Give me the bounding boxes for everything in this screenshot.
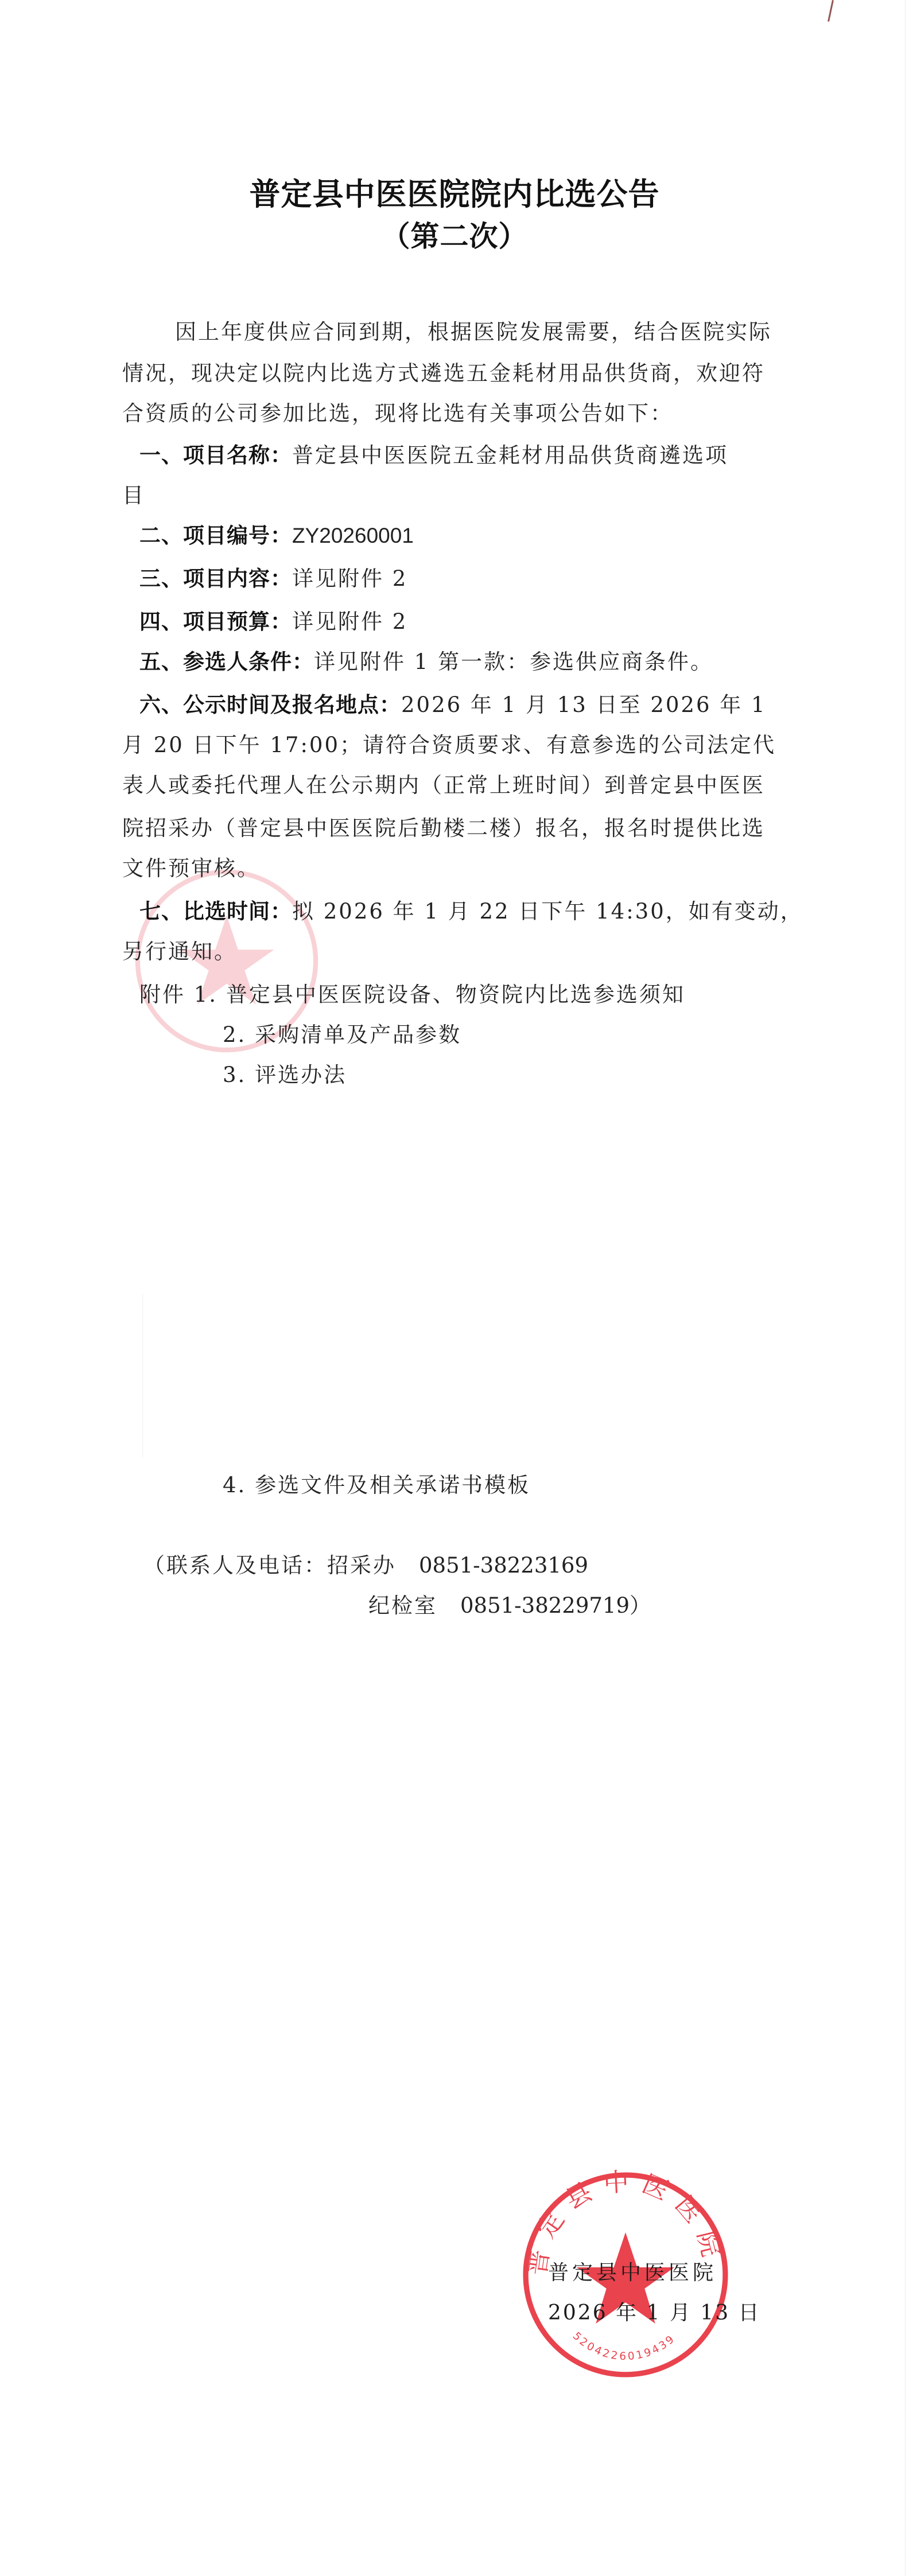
page-title: 普定县中医医院院内比选公告 (0, 170, 909, 214)
section-value: 2026 年 1 月 13 日至 2026 年 1 (401, 692, 767, 717)
section-continuation: 表人或委托代理人在公示期内（正常上班时间）到普定县中医医 (122, 768, 765, 799)
section-value: 普定县中医医院五金耗材用品供货商遴选项 (292, 443, 728, 468)
section-publicity-registration: 六、公示时间及报名地点：2026 年 1 月 13 日至 2026 年 1 (139, 687, 767, 718)
section-label: 六、公示时间及报名地点： (139, 692, 401, 717)
section-project-budget: 四、项目预算：详见附件 2 (139, 604, 407, 635)
intro-line: 合资质的公司参加比选，现将比选有关事项公告如下： (122, 396, 673, 427)
intro-line: 因上年度供应合同到期，根据医院发展需要，结合医院实际 (175, 314, 772, 345)
attachment-item: 2. 采购清单及产品参数 (223, 1017, 461, 1048)
contact-phone: 0851-38229719） (460, 1593, 651, 1618)
section-value: ZY20260001 (292, 524, 414, 547)
section-continuation: 另行通知。 (122, 934, 237, 965)
attachment-item: 4. 参选文件及相关承诺书模板 (223, 1468, 530, 1499)
section-selection-time: 七、比选时间：拟 2026 年 1 月 22 日下午 14:30，如有变动， (139, 894, 803, 925)
signature-date: 2026 年 1 月 13 日 (548, 2297, 761, 2326)
section-continuation: 目 (122, 478, 145, 509)
attachment-item: 附件 1. 普定县中医医院设备、物资院内比选参选须知 (139, 977, 685, 1008)
contact-dept: 招采办 (327, 1553, 396, 1578)
contact-phone: 0851-38223169 (419, 1553, 588, 1578)
scan-mark (828, 0, 837, 22)
document-page: 普定县中医医院院内比选公告 （第二次） 因上年度供应合同到期，根据医院发展需要，… (0, 0, 909, 2576)
section-value: 详见附件 2 (292, 609, 407, 634)
section-label: 七、比选时间： (139, 899, 292, 924)
section-project-name: 一、项目名称：普定县中医医院五金耗材用品供货商遴选项 (139, 438, 728, 469)
contact-line: （联系人及电话：招采办0851-38223169 (143, 1548, 588, 1579)
section-label: 二、项目编号： (139, 523, 292, 548)
svg-text:5204226019439: 5204226019439 (570, 2330, 678, 2363)
page-subtitle: （第二次） (0, 213, 909, 255)
section-project-number: 二、项目编号：ZY20260001 (139, 518, 414, 549)
intro-line: 情况，现决定以院内比选方式遴选五金耗材用品供货商，欢迎符 (122, 356, 765, 387)
contact-intro: （联系人及电话： (143, 1553, 327, 1578)
section-project-content: 三、项目内容：详见附件 2 (139, 561, 407, 592)
section-value: 详见附件 1 第一款：参选供应商条件。 (314, 649, 713, 674)
section-continuation: 文件预审核。 (122, 851, 260, 882)
section-value: 拟 2026 年 1 月 22 日下午 14:30，如有变动， (292, 899, 803, 924)
section-label: 四、项目预算： (139, 609, 292, 634)
section-label: 五、参选人条件： (139, 649, 314, 674)
attachment-prefix: 附件 (139, 982, 185, 1007)
signature-org: 普定县中医医院 (548, 2256, 717, 2286)
fold-line (142, 1294, 143, 1457)
section-value: 详见附件 2 (292, 566, 407, 591)
attachment-label: 1. 普定县中医医院设备、物资院内比选参选须知 (194, 982, 685, 1007)
contact-line: 纪检室0851-38229719） (368, 1588, 651, 1619)
section-continuation: 院招采办（普定县中医医院后勤楼二楼）报名，报名时提供比选 (122, 811, 765, 842)
section-continuation: 月 20 日下午 17:00；请符合资质要求、有意参选的公司法定代 (122, 727, 776, 758)
section-participant-conditions: 五、参选人条件：详见附件 1 第一款：参选供应商条件。 (139, 644, 713, 675)
attachment-item: 3. 评选办法 (223, 1057, 347, 1088)
section-label: 一、项目名称： (139, 443, 292, 468)
contact-dept: 纪检室 (368, 1593, 437, 1618)
scan-edge (905, 0, 906, 2576)
section-label: 三、项目内容： (139, 566, 292, 591)
